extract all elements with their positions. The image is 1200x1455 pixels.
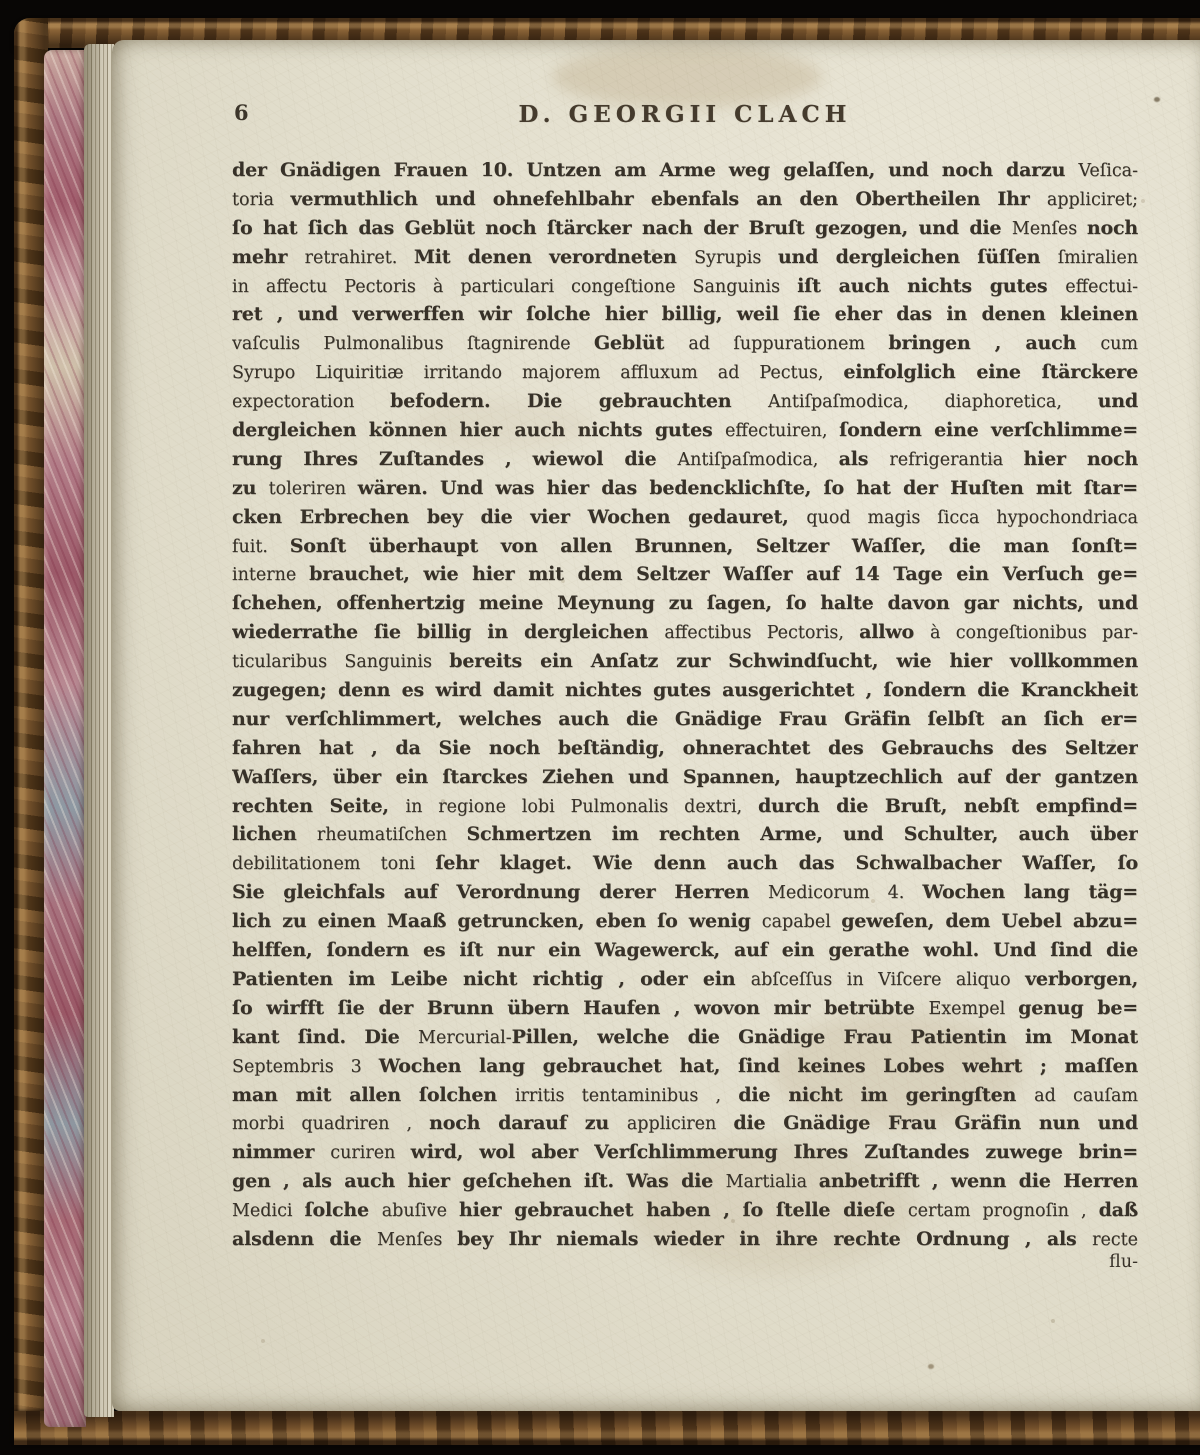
latin-text-segment: quod magis ſicca hypochondriaca — [806, 508, 1138, 528]
latin-text-segment: expectoration — [232, 392, 390, 412]
text-line: toria vermuthlich und ohnefehlbahr ebenf… — [232, 185, 1138, 214]
text-block: der Gnädigen Frauen 10. Untzen am Arme w… — [232, 156, 1138, 1254]
text-line: cken Erbrechen bey die vier Wochen gedau… — [232, 503, 1138, 532]
text-line: lichen rheumatiſchen Schmertzen im recht… — [232, 820, 1138, 849]
text-line: ret , und verwerffen wir ſolche hier bil… — [232, 300, 1138, 329]
fraktur-text-segment: einfolglich eine ſtärckere — [843, 361, 1138, 383]
fraktur-text-segment: lichen — [232, 823, 317, 845]
fraktur-text-segment: wird, wol aber Verſchlimmerung Ihres Zuſ… — [411, 1141, 1138, 1163]
text-line: mehr retrahiret. Mit denen verordneten S… — [232, 243, 1138, 272]
fraktur-text-segment: ſo hat ſich das Geblüt noch ſtärcker nac… — [232, 217, 1012, 239]
latin-text-segment: ad ſuppurationem — [688, 334, 888, 354]
text-line: fahren hat , da Sie noch beſtändig, ohne… — [232, 734, 1138, 763]
latin-text-segment: Martialia — [726, 1172, 819, 1192]
ink-speck — [1154, 97, 1160, 102]
text-line: rechten Seite, in regione lobi Pulmonali… — [232, 792, 1138, 821]
fraktur-text-segment: Sie gleichfals auf Verordnung derer Herr… — [232, 881, 768, 903]
fraktur-text-segment: bereits ein Anſatz zur Schwindſucht, wie… — [449, 650, 1138, 672]
latin-text-segment: Mercurial- — [418, 1028, 512, 1048]
fraktur-text-segment: lich zu einen Maaß getruncken, eben ſo w… — [232, 910, 762, 932]
text-line: zugegen; denn es wird damit nichtes gute… — [232, 676, 1138, 705]
fraktur-text-segment: noch — [1087, 217, 1138, 239]
text-line: lich zu einen Maaß getruncken, eben ſo w… — [232, 907, 1138, 936]
fraktur-text-segment: zugegen; denn es wird damit nichtes gute… — [232, 679, 1138, 701]
fraktur-text-segment: helffen, ſondern es iſt nur ein Wagewerc… — [232, 939, 1138, 961]
latin-text-segment: Medici — [232, 1201, 305, 1221]
text-line: rung Ihres Zuſtandes , wiewol die Antiſp… — [232, 445, 1138, 474]
fraktur-text-segment: geweſen, dem Uebel abzu= — [841, 910, 1138, 932]
fraktur-text-segment: daß — [1099, 1199, 1138, 1221]
fraktur-text-segment: und dergleichen ſüſſen — [778, 246, 1058, 268]
text-line: Patienten im Leibe nicht richtig , oder … — [232, 965, 1138, 994]
bleed-through-stain — [552, 46, 822, 108]
text-line: helffen, ſondern es iſt nur ein Wagewerc… — [232, 936, 1138, 965]
latin-text-segment: affectibus Pectoris, — [664, 623, 859, 643]
fraktur-text-segment: dergleichen können hier auch nichts gute… — [232, 419, 725, 441]
text-line: expectoration befodern. Die gebrauchten … — [232, 387, 1138, 416]
fraktur-text-segment: brauchet, wie hier mit dem Seltzer Waſſe… — [309, 563, 1138, 585]
latin-text-segment: irritis tentaminibus , — [515, 1086, 738, 1106]
latin-text-segment: Septembris 3 — [232, 1057, 379, 1077]
latin-text-segment: à congeſtionibus par- — [930, 623, 1138, 643]
text-line: Septembris 3 Wochen lang gebrauchet hat,… — [232, 1052, 1138, 1081]
book-scan-photo: 6 D. GEORGII CLACH der Gnädigen Frauen 1… — [0, 0, 1200, 1455]
fraktur-text-segment: Waſſers, über ein ſtarckes Ziehen und Sp… — [232, 766, 1138, 788]
latin-text-segment: debilitationem toni — [232, 854, 435, 874]
fraktur-text-segment: anbetrifft , wenn die Herren — [819, 1170, 1138, 1192]
paper-fiber-specks — [112, 40, 114, 42]
text-line: Medici ſolche abuſive hier gebrauchet ha… — [232, 1196, 1138, 1225]
latin-text-segment: cum — [1100, 334, 1138, 354]
fraktur-text-segment: die Gnädige Frau Gräfin nun und — [733, 1112, 1138, 1134]
text-line: nur verſchlimmert, welches auch die Gnäd… — [232, 705, 1138, 734]
fraktur-text-segment: als — [839, 448, 890, 470]
book-page: 6 D. GEORGII CLACH der Gnädigen Frauen 1… — [112, 40, 1200, 1411]
latin-text-segment: Antiſpaſmodica, — [677, 450, 838, 470]
fraktur-text-segment: cken Erbrechen bey die vier Wochen gedau… — [232, 506, 806, 528]
marbled-endpaper-edge — [44, 50, 86, 1427]
fraktur-text-segment: der Gnädigen Frauen 10. Untzen am Arme w… — [232, 159, 1078, 181]
text-line: interne brauchet, wie hier mit dem Seltz… — [232, 560, 1138, 589]
fraktur-text-segment: ſolche — [305, 1199, 382, 1221]
book-cover-edge-left — [14, 18, 48, 1445]
latin-text-segment: abſceſſus in Viſcere aliquo — [751, 970, 1025, 990]
text-line: fuit. Sonſt überhaupt von allen Brunnen,… — [232, 532, 1138, 561]
fraktur-text-segment: ſchehen, offenhertzig meine Meynung zu ſ… — [232, 592, 1138, 614]
fraktur-text-segment: man mit allen ſolchen — [232, 1084, 515, 1106]
fraktur-text-segment: Pillen, welche die Gnädige Frau Patienti… — [512, 1026, 1138, 1048]
fraktur-text-segment: mehr — [232, 246, 305, 268]
latin-text-segment: in affectu Pectoris à particulari congeſ… — [232, 277, 797, 297]
fraktur-text-segment: Schmertzen im rechten Arme, und Schulter… — [467, 823, 1138, 845]
latin-text-segment: toleriren — [269, 479, 358, 499]
latin-text-segment: Syrupo Liquiritiæ irritando majorem affl… — [232, 363, 843, 383]
latin-text-segment: curiren — [330, 1143, 410, 1163]
latin-text-segment: capabel — [762, 912, 841, 932]
fraktur-text-segment: vermuthlich und ohnefehlbahr ebenfals an… — [290, 188, 1046, 210]
latin-text-segment: Antiſpaſmodica, diaphoretica, — [768, 392, 1098, 412]
fraktur-text-segment: alsdenn die — [232, 1228, 377, 1250]
latin-text-segment: interne — [232, 565, 309, 585]
book-cover-edge-bottom — [14, 1411, 1200, 1445]
latin-text-segment: certam prognoſin , — [908, 1201, 1099, 1221]
fraktur-text-segment: Sonſt überhaupt von allen Brunnen, Seltz… — [290, 535, 1138, 557]
fraktur-text-segment: zu — [232, 477, 269, 499]
latin-text-segment: Veſica- — [1078, 161, 1138, 181]
fraktur-text-segment: ſehr klaget. Wie denn auch das Schwalbac… — [435, 852, 1138, 874]
latin-text-segment: effectuiren, — [725, 421, 839, 441]
fraktur-text-segment: allwo — [859, 621, 930, 643]
text-line: Sie gleichfals auf Verordnung derer Herr… — [232, 878, 1138, 907]
latin-text-segment: appliciren — [627, 1114, 734, 1134]
latin-text-segment: Medicorum 4. — [768, 883, 922, 903]
fraktur-text-segment: kant ſind. Die — [232, 1026, 418, 1048]
text-line: ſo hat ſich das Geblüt noch ſtärcker nac… — [232, 214, 1138, 243]
latin-text-segment: ad cauſam — [1034, 1086, 1138, 1106]
latin-text-segment: ticularibus Sanguinis — [232, 652, 449, 672]
latin-text-segment: retrahiret. — [305, 248, 414, 268]
latin-text-segment: vaſculis Pulmonalibus ſtagnirende — [232, 334, 594, 354]
fraktur-text-segment: nimmer — [232, 1141, 330, 1163]
latin-text-segment: Menſes — [1012, 219, 1087, 239]
text-line: debilitationem toni ſehr klaget. Wie den… — [232, 849, 1138, 878]
fraktur-text-segment: befodern. Die gebrauchten — [390, 390, 768, 412]
latin-text-segment: toria — [232, 190, 290, 210]
text-line: ticularibus Sanguinis bereits ein Anſatz… — [232, 647, 1138, 676]
page-edge-stack — [84, 44, 114, 1417]
fraktur-text-segment: ſondern eine verſchlimme= — [839, 419, 1138, 441]
text-line: ſo wirfft ſie der Brunn übern Haufen , w… — [232, 994, 1138, 1023]
fraktur-text-segment: Patienten im Leibe nicht richtig , oder … — [232, 968, 751, 990]
fraktur-text-segment: verborgen, — [1025, 968, 1138, 990]
fraktur-text-segment: ret , und verwerffen wir ſolche hier bil… — [232, 303, 1138, 325]
latin-text-segment: rheumatiſchen — [317, 825, 467, 845]
latin-text-segment: Menſes — [377, 1230, 457, 1250]
text-line: Syrupo Liquiritiæ irritando majorem affl… — [232, 358, 1138, 387]
fraktur-text-segment: Geblüt — [594, 332, 688, 354]
text-line: zu toleriren wären. Und was hier das bed… — [232, 474, 1138, 503]
fraktur-text-segment: rung Ihres Zuſtandes , wiewol die — [232, 448, 677, 470]
latin-text-segment: fuit. — [232, 537, 290, 557]
latin-text-segment: morbi quadriren , — [232, 1114, 429, 1134]
fraktur-text-segment: bey Ihr niemals wieder in ihre rechte Or… — [457, 1228, 1092, 1250]
latin-text-segment: recte — [1092, 1230, 1138, 1250]
fraktur-text-segment: gen , als auch hier geſchehen iſt. Was d… — [232, 1170, 726, 1192]
text-line: der Gnädigen Frauen 10. Untzen am Arme w… — [232, 156, 1138, 185]
text-line: wiederrathe ſie billig in dergleichen af… — [232, 618, 1138, 647]
text-line: Waſſers, über ein ſtarckes Ziehen und Sp… — [232, 763, 1138, 792]
text-line: kant ſind. Die Mercurial-Pillen, welche … — [232, 1023, 1138, 1052]
running-header: D. GEORGII CLACH — [232, 101, 1138, 128]
fraktur-text-segment: iſt auch nichts gutes — [797, 275, 1065, 297]
text-line: dergleichen können hier auch nichts gute… — [232, 416, 1138, 445]
latin-text-segment: refrigerantia — [889, 450, 1023, 470]
text-line: ſchehen, offenhertzig meine Meynung zu ſ… — [232, 589, 1138, 618]
text-line: gen , als auch hier geſchehen iſt. Was d… — [232, 1167, 1138, 1196]
fraktur-text-segment: Wochen lang täg= — [922, 881, 1138, 903]
fraktur-text-segment: bringen , auch — [888, 332, 1100, 354]
fraktur-text-segment: wiederrathe ſie billig in dergleichen — [232, 621, 664, 643]
text-line: vaſculis Pulmonalibus ſtagnirende Geblüt… — [232, 329, 1138, 358]
fraktur-text-segment: die nicht im geringſten — [738, 1084, 1034, 1106]
latin-text-segment: in regione lobi Pulmonalis dextri, — [406, 797, 758, 817]
latin-text-segment: ſmiralien — [1058, 248, 1138, 268]
fraktur-text-segment: rechten Seite, — [232, 795, 406, 817]
latin-text-segment: Exempel — [928, 999, 1018, 1019]
fraktur-text-segment: ſo wirfft ſie der Brunn übern Haufen , w… — [232, 997, 928, 1019]
fraktur-text-segment: durch die Bruſt, nebſt empfind= — [758, 795, 1138, 817]
fraktur-text-segment: nur verſchlimmert, welches auch die Gnäd… — [232, 708, 1138, 730]
fraktur-text-segment: hier noch — [1023, 448, 1138, 470]
fraktur-text-segment: Wochen lang gebrauchet hat, ſind keines … — [379, 1055, 1138, 1077]
text-line: man mit allen ſolchen irritis tentaminib… — [232, 1081, 1138, 1110]
text-line: morbi quadriren , noch darauf zu applici… — [232, 1109, 1138, 1138]
catchword: flu- — [1109, 1252, 1138, 1272]
text-line: nimmer curiren wird, wol aber Verſchlimm… — [232, 1138, 1138, 1167]
ink-speck — [928, 1364, 934, 1369]
latin-text-segment: Syrupis — [694, 248, 778, 268]
latin-text-segment: appliciret; — [1047, 190, 1138, 210]
fraktur-text-segment: genug be= — [1018, 997, 1138, 1019]
text-line: alsdenn die Menſes bey Ihr niemals wiede… — [232, 1225, 1138, 1254]
latin-text-segment: abuſive — [382, 1201, 459, 1221]
fraktur-text-segment: noch darauf zu — [429, 1112, 627, 1134]
text-line: in affectu Pectoris à particulari congeſ… — [232, 272, 1138, 301]
fraktur-text-segment: wären. Und was hier das bedencklichſte, … — [358, 477, 1138, 499]
latin-text-segment: effectui- — [1065, 277, 1138, 297]
fraktur-text-segment: und — [1098, 390, 1138, 412]
fraktur-text-segment: hier gebrauchet haben , ſo ſtelle dieſe — [459, 1199, 908, 1221]
fraktur-text-segment: Mit denen verordneten — [414, 246, 694, 268]
fraktur-text-segment: fahren hat , da Sie noch beſtändig, ohne… — [232, 737, 1138, 759]
